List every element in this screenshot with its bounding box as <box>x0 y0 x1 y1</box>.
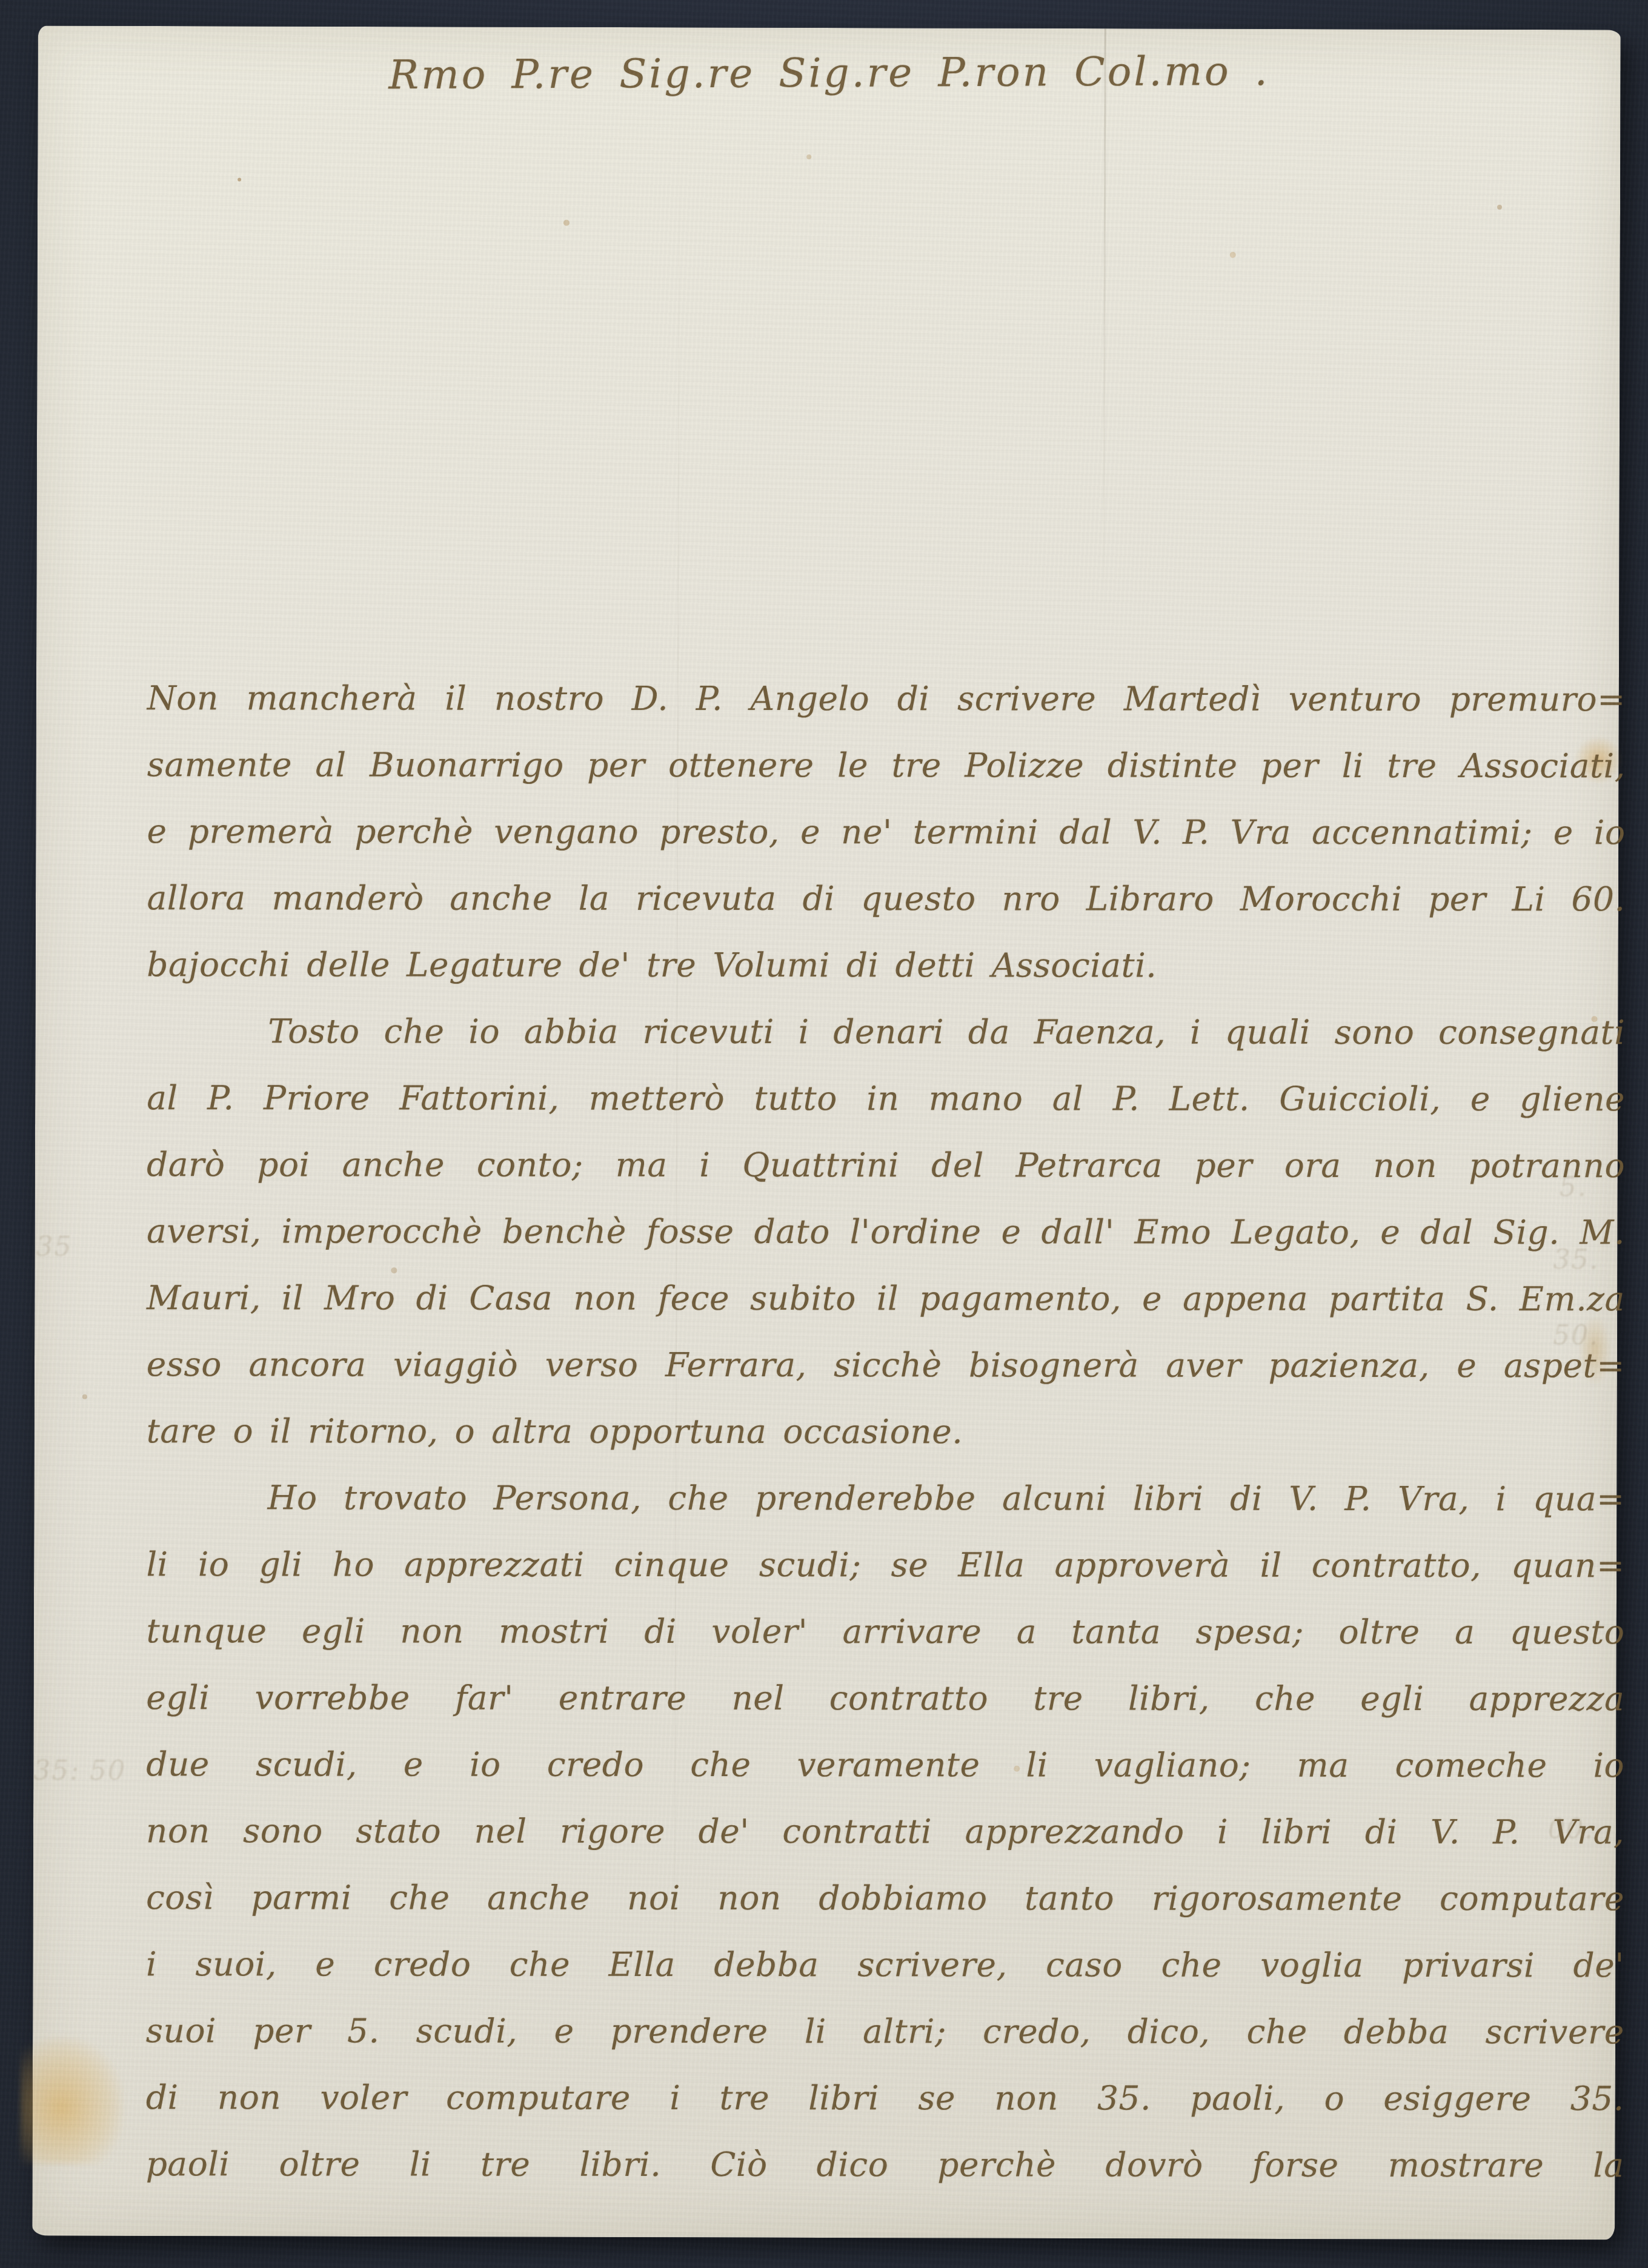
letter-line: bajocchi delle Legature de' tre Volumi d… <box>147 931 1625 999</box>
letter-line: aversi, imperocchè benchè fosse dato l'o… <box>147 1198 1625 1265</box>
letter-line: tunque egli non mostri di voler' arrivar… <box>146 1597 1624 1665</box>
letter-line: al P. Priore Fattorini, metterò tutto in… <box>147 1064 1625 1132</box>
letter-line: suoi per 5. scudi, e prendere li altri; … <box>146 1997 1624 2065</box>
bleedthrough-mark: 35 <box>36 1232 72 1262</box>
salutation-line: Rmo P.re Sig.re Sig.re P.ron Col.mo . <box>38 46 1620 99</box>
letter-line: di non voler computare i tre libri se no… <box>146 2064 1624 2132</box>
letter-line: Ho trovato Persona, che prenderebbe alcu… <box>147 1464 1625 1532</box>
letter-line: allora manderò anche la ricevuta di ques… <box>147 864 1625 932</box>
letter-body: Non mancherà il nostro D. P. Angelo di s… <box>146 665 1626 2198</box>
bleedthrough-mark: 35: 50 <box>33 1756 126 1786</box>
stain-bottom-left <box>21 2037 124 2164</box>
letter-line: Tosto che io abbia ricevuti i denari da … <box>147 998 1625 1066</box>
letter-line: tare o il ritorno, o altra opportuna occ… <box>147 1398 1625 1465</box>
foxing-spots <box>238 177 241 181</box>
letter-line: e premerà perchè vengano presto, e ne' t… <box>147 798 1626 866</box>
letter-line: due scudi, e io credo che veramente li v… <box>146 1731 1624 1799</box>
letter-line: paoli oltre li tre libri. Ciò dico perch… <box>146 2130 1624 2198</box>
letter-line: i suoi, e credo che Ella debba scrivere,… <box>146 1931 1624 1998</box>
letter-line: darò poi anche conto; ma i Quattrini del… <box>147 1131 1625 1199</box>
letter-page: Rmo P.re Sig.re Sig.re P.ron Col.mo . 5.… <box>32 26 1621 2240</box>
photo-backdrop: Rmo P.re Sig.re Sig.re P.ron Col.mo . 5.… <box>0 0 1648 2268</box>
letter-line: samente al Buonarrigo per ottenere le tr… <box>147 731 1626 799</box>
letter-line: Non mancherà il nostro D. P. Angelo di s… <box>147 665 1626 732</box>
letter-line: così parmi che anche noi non dobbiamo ta… <box>146 1864 1624 1932</box>
paper-crease <box>1103 28 1106 622</box>
letter-line: Mauri, il Mro di Casa non fece subito il… <box>147 1264 1625 1332</box>
letter-line: non sono stato nel rigore de' contratti … <box>146 1797 1624 1865</box>
letter-line: egli vorrebbe far' entrare nel contratto… <box>146 1664 1624 1732</box>
letter-line: li io gli ho apprezzati cinque scudi; se… <box>146 1531 1624 1599</box>
letter-line: esso ancora viaggiò verso Ferrara, sicch… <box>147 1331 1625 1399</box>
